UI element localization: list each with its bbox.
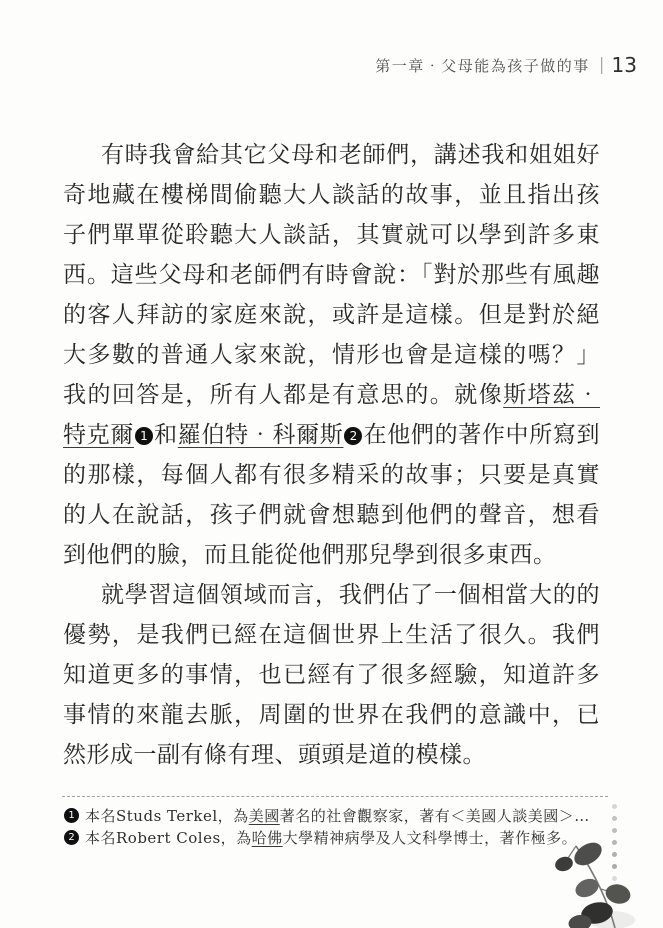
footnote-text: 本名Studs Terkel，為美國著名的社會觀察家，著有＜美國人談美國＞…	[85, 805, 590, 827]
book-page: 第一章‧父母能為孩子做的事 | 13 有時我會給其它父母和老師們，講述我和姐姐好…	[0, 0, 663, 928]
text-run: 就學習這個領域而言，我們佔了一個相當大的的優勢，是我們已經在這個世界上生活了很久…	[63, 582, 600, 768]
footnote-text: 本名Robert Coles，為哈佛大學精神病學及人文科學博士，著作極多。	[85, 827, 577, 849]
proper-name: 哈佛	[252, 829, 283, 847]
footnote-marker: 1	[64, 808, 79, 823]
proper-name: 羅伯特‧科爾斯	[178, 422, 344, 448]
text-run: 本名Studs Terkel，為	[85, 807, 249, 825]
plant-illustration	[549, 836, 641, 928]
paragraph: 有時我會給其它父母和老師們，講述我和姐姐好奇地藏在樓梯間偷聽大人談話的故事，並且…	[63, 135, 600, 575]
text-run: 本名Robert Coles，為	[85, 829, 252, 847]
footnote: 1本名Studs Terkel，為美國著名的社會觀察家，著有＜美國人談美國＞…	[62, 805, 608, 827]
footnote-marker: 2	[344, 427, 362, 445]
chapter-title: 第一章‧父母能為孩子做的事	[375, 55, 590, 76]
footnote-list: 1本名Studs Terkel，為美國著名的社會觀察家，著有＜美國人談美國＞…2…	[62, 805, 608, 849]
footnote-marker: 1	[135, 427, 153, 445]
proper-name: 美國	[249, 807, 280, 825]
page-number: 13	[612, 53, 637, 77]
footnote: 2本名Robert Coles，為哈佛大學精神病學及人文科學博士，著作極多。	[62, 827, 608, 849]
dot-icon	[612, 816, 617, 821]
text-run: 大學精神病學及人文科學博士，著作極多。	[283, 829, 578, 847]
text-run: 著名的社會觀察家，著有＜美國人談美國＞…	[280, 807, 590, 825]
text-run: 和	[154, 422, 178, 448]
footnote-marker: 2	[64, 830, 79, 845]
text-run: 有時我會給其它父母和老師們，講述我和姐姐好奇地藏在樓梯間偷聽大人談話的故事，並且…	[63, 142, 600, 408]
page-header: 第一章‧父母能為孩子做的事 | 13	[375, 53, 637, 77]
body-text: 有時我會給其它父母和老師們，講述我和姐姐好奇地藏在樓梯間偷聽大人談話的故事，並且…	[63, 135, 600, 775]
paragraph: 就學習這個領域而言，我們佔了一個相當大的的優勢，是我們已經在這個世界上生活了很久…	[63, 575, 600, 775]
dot-icon	[612, 804, 617, 809]
header-separator: |	[599, 55, 605, 75]
dot-icon	[612, 828, 617, 833]
footnote-area: 1本名Studs Terkel，為美國著名的社會觀察家，著有＜美國人談美國＞…2…	[62, 796, 608, 849]
